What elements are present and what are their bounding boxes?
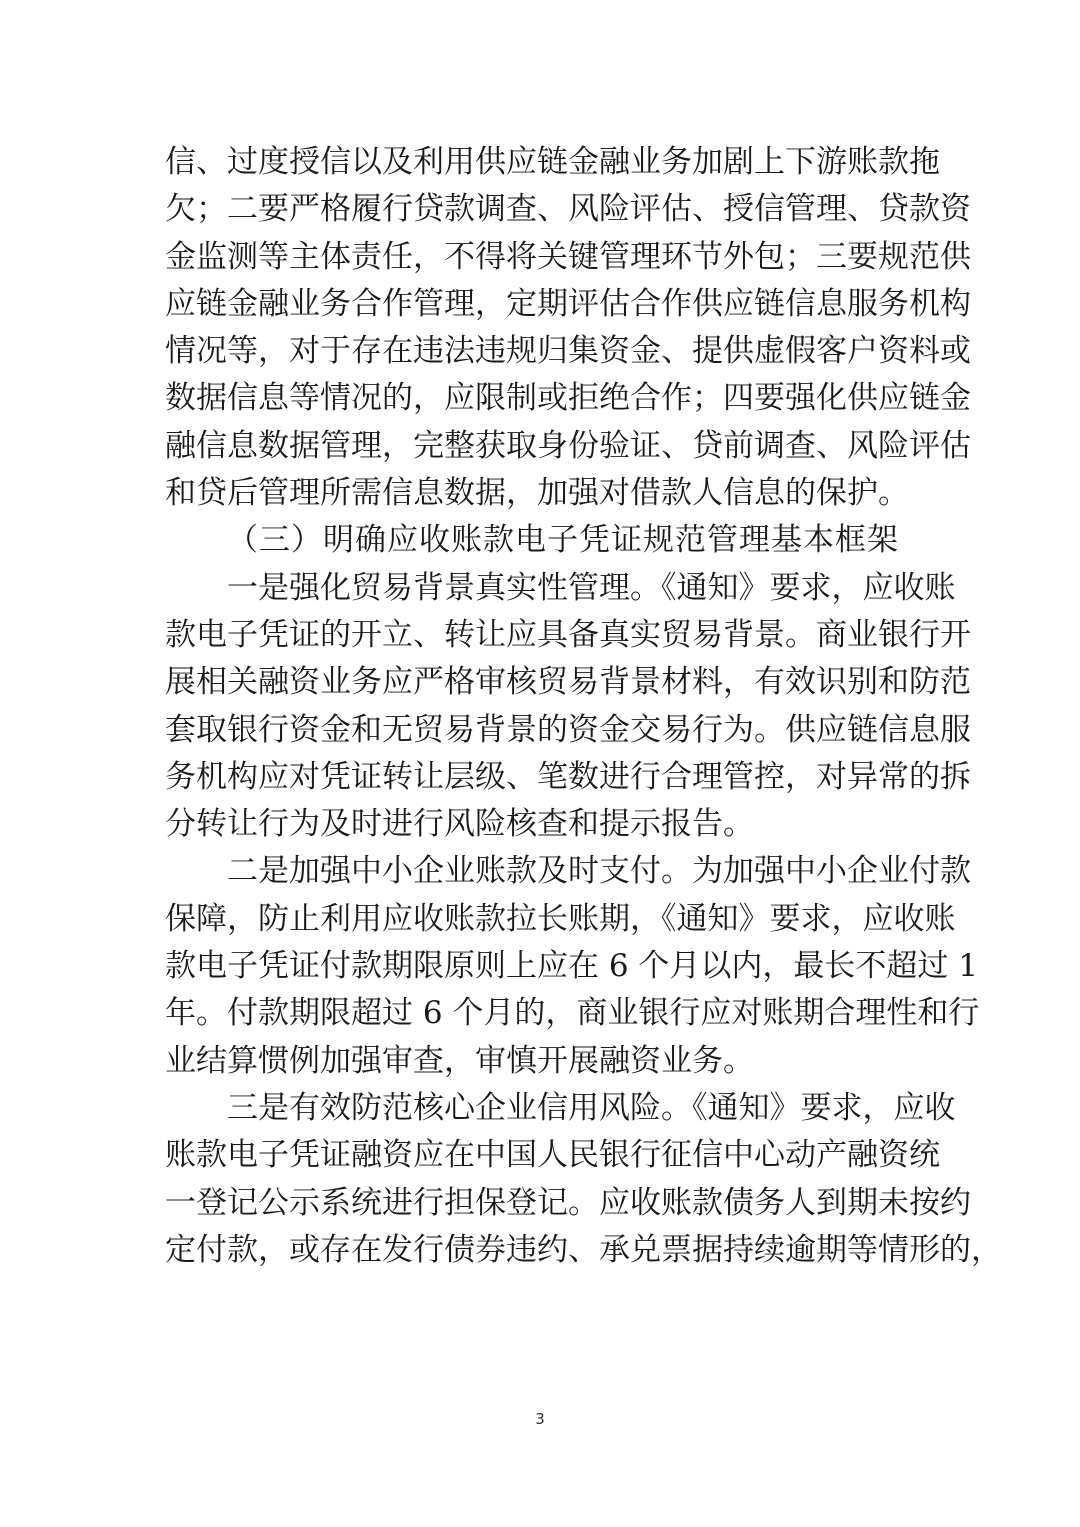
text-line: 应链金融业务合作管理，定期评估合作供应链信息服务机构 (165, 281, 917, 328)
text-line: 款电子凭证的开立、转让应具备真实贸易背景。商业银行开 (165, 612, 917, 659)
text-line: 二是加强中小企业账款及时支付。为加强中小企业付款 (165, 848, 917, 895)
text-line: 一登记公示系统进行担保登记。应收账款债务人到期未按约 (165, 1180, 917, 1227)
text-line: 欠；二要严格履行贷款调查、风险评估、授信管理、贷款资 (165, 186, 917, 233)
text-line: 款电子凭证付款期限原则上应在 6 个月以内，最长不超过 1 (165, 943, 917, 990)
text-line: 数据信息等情况的，应限制或拒绝合作；四要强化供应链金 (165, 375, 917, 422)
document-page: 信、过度授信以及利用供应链金融业务加剧上下游账款拖 欠；二要严格履行贷款调查、风… (0, 0, 1080, 1527)
text-line: 三是有效防范核心企业信用风险。《通知》要求，应收 (165, 1085, 917, 1132)
text-line: 账款电子凭证融资应在中国人民银行征信中心动产融资统 (165, 1132, 917, 1179)
page-number: 3 (530, 1410, 550, 1428)
text-line: 融信息数据管理，完整获取身份验证、贷前调查、风险评估 (165, 423, 917, 470)
text-line: 套取银行资金和无贸易背景的资金交易行为。供应链信息服 (165, 707, 917, 754)
text-line: 展相关融资业务应严格审核贸易背景材料，有效识别和防范 (165, 659, 917, 706)
text-line: 定付款，或存在发行债券违约、承兑票据持续逾期等情形的， (165, 1227, 917, 1274)
section-heading: （三）明确应收账款电子凭证规范管理基本框架 (165, 517, 917, 564)
text-line: 分转让行为及时进行风险核查和提示报告。 (165, 801, 917, 848)
text-line: 和贷后管理所需信息数据，加强对借款人信息的保护。 (165, 470, 917, 517)
text-line: 保障，防止利用应收账款拉长账期，《通知》要求，应收账 (165, 896, 917, 943)
document-body: 信、过度授信以及利用供应链金融业务加剧上下游账款拖 欠；二要严格履行贷款调查、风… (165, 139, 917, 1274)
text-line: 金监测等主体责任，不得将关键管理环节外包；三要规范供 (165, 234, 917, 281)
text-line: 一是强化贸易背景真实性管理。《通知》要求，应收账 (165, 565, 917, 612)
text-line: 年。付款期限超过 6 个月的，商业银行应对账期合理性和行 (165, 990, 917, 1037)
text-line: 信、过度授信以及利用供应链金融业务加剧上下游账款拖 (165, 139, 917, 186)
text-line: 务机构应对凭证转让层级、笔数进行合理管控，对异常的拆 (165, 754, 917, 801)
text-line: 业结算惯例加强审查，审慎开展融资业务。 (165, 1038, 917, 1085)
text-line: 情况等，对于存在违法违规归集资金、提供虚假客户资料或 (165, 328, 917, 375)
